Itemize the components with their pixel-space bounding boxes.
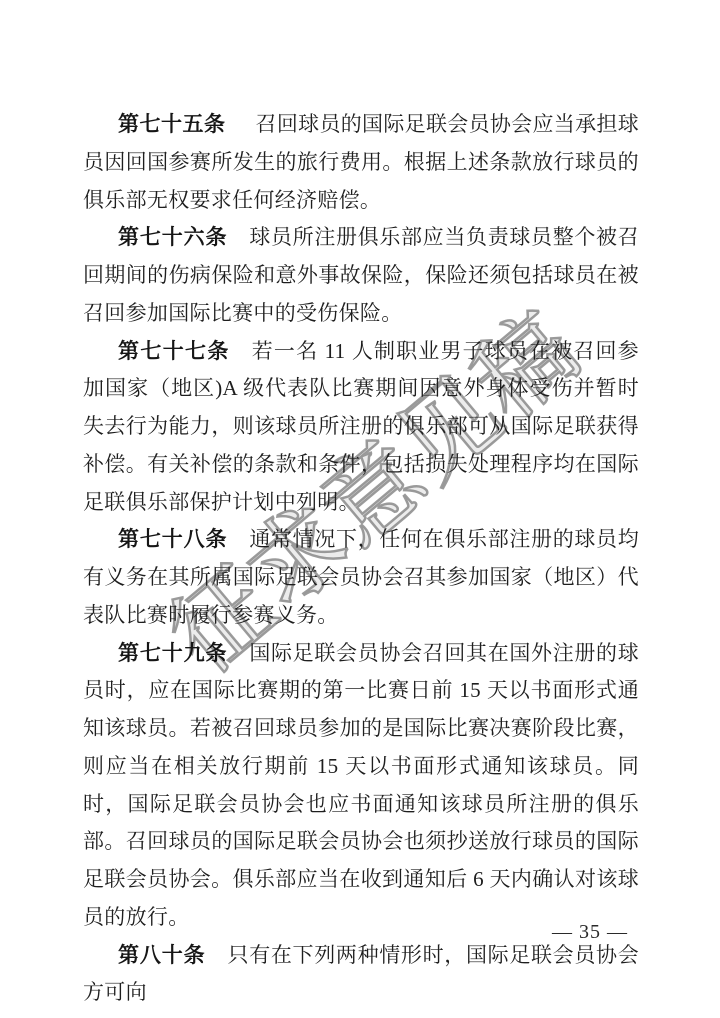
article-number-label: 第八十条 [118, 944, 206, 967]
article-text: 国际足联会员协会召回其在国外注册的球员时，应在国际比赛期的第一比赛日前 15 天… [83, 641, 639, 929]
document-page: 征求意见稿 第七十五条召回球员的国际足联会员协会应当承担球员因回国参赛所发生的旅… [0, 0, 720, 1018]
article-number-label: 第七十六条 [118, 226, 227, 249]
article-number-label: 第七十五条 [118, 113, 226, 136]
article-paragraph: 第七十五条召回球员的国际足联会员协会应当承担球员因回国参赛所发生的旅行费用。根据… [83, 106, 639, 219]
article-number-label: 第七十七条 [118, 340, 230, 363]
article-text: 若一名 11 人制职业男子球员在被召回参加国家（地区)A 级代表队比赛期间因意外… [83, 339, 639, 514]
article-paragraph: 第七十六条球员所注册俱乐部应当负责球员整个被召回期间的伤病保险和意外事故保险，保… [83, 219, 639, 332]
article-paragraph: 第七十九条国际足联会员协会召回其在国外注册的球员时，应在国际比赛期的第一比赛日前… [83, 635, 639, 937]
article-paragraph: 第七十七条若一名 11 人制职业男子球员在被召回参加国家（地区)A 级代表队比赛… [83, 333, 639, 522]
document-body: 第七十五条召回球员的国际足联会员协会应当承担球员因回国参赛所发生的旅行费用。根据… [83, 106, 639, 1012]
article-number-label: 第七十八条 [118, 528, 227, 551]
page-number: — 35 — [552, 921, 628, 944]
article-paragraph: 第八十条只有在下列两种情形时，国际足联会员协会方可向 [83, 937, 639, 1013]
article-number-label: 第七十九条 [118, 642, 227, 665]
article-paragraph: 第七十八条通常情况下，任何在俱乐部注册的球员均有义务在其所属国际足联会员协会召其… [83, 521, 639, 634]
